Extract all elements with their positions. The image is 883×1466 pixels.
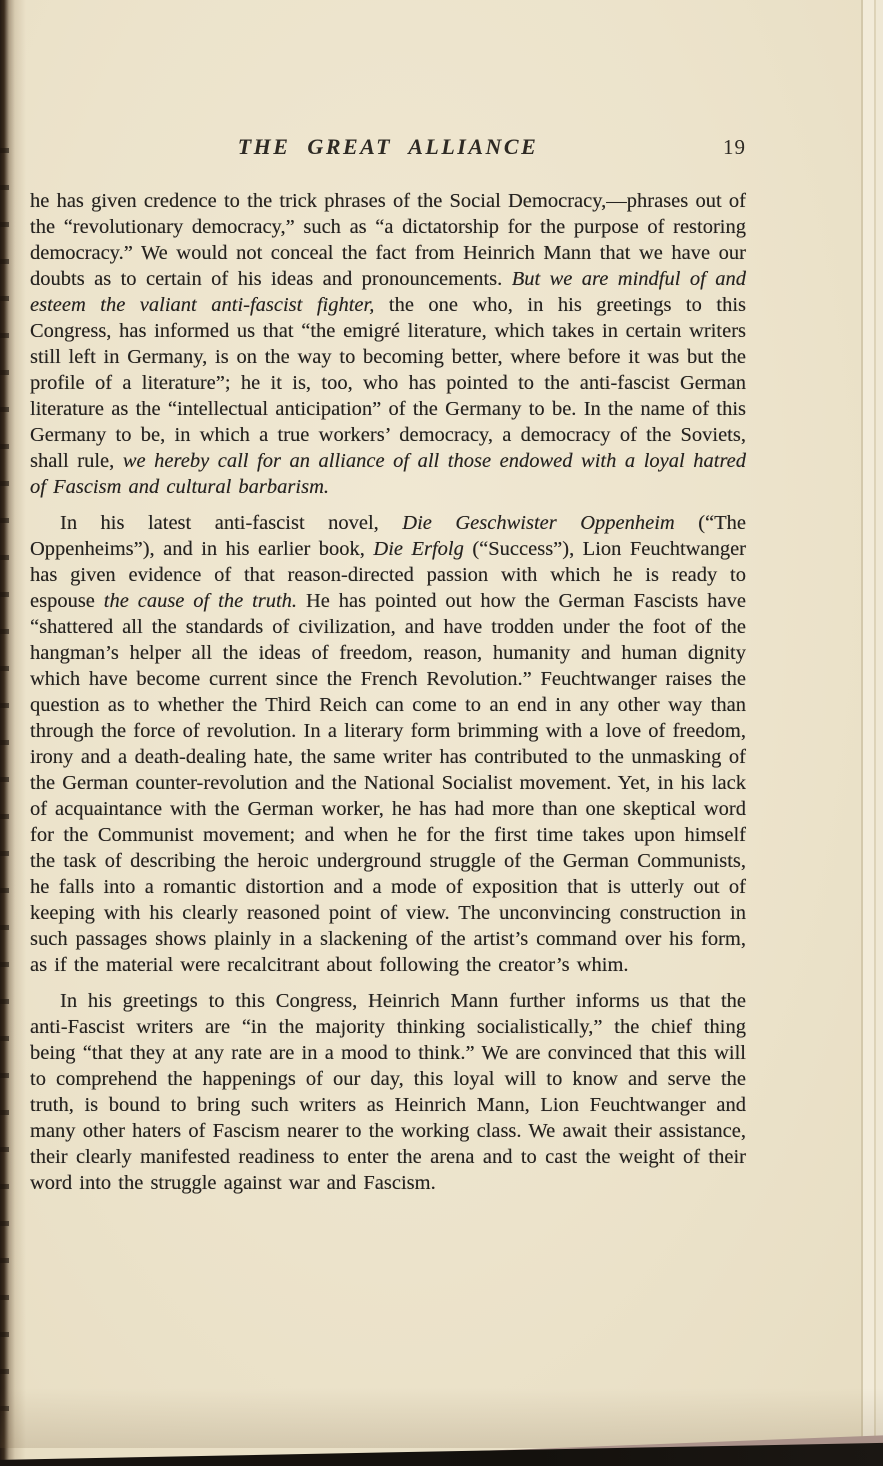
page-title: THE GREAT ALLIANCE bbox=[30, 134, 746, 160]
text-segment: In his latest anti-fascist novel, bbox=[60, 512, 402, 534]
page-number: 19 bbox=[723, 135, 746, 160]
body-paragraphs: he has given credence to the trick phras… bbox=[30, 188, 746, 1206]
running-head: THE GREAT ALLIANCE 19 bbox=[30, 134, 746, 168]
italic-text-segment: we hereby call for an alliance of all th… bbox=[30, 450, 746, 498]
paragraph: In his latest anti-fascist novel, Die Ge… bbox=[30, 510, 746, 978]
text-segment: the one who, in his greetings to this Co… bbox=[30, 294, 746, 472]
text-segment: He has pointed out how the German Fascis… bbox=[30, 590, 746, 976]
page-right-edge bbox=[861, 0, 883, 1448]
bottom-page-shadow bbox=[0, 1388, 883, 1448]
spine-stitch-marks bbox=[0, 148, 9, 1418]
paragraph: he has given credence to the trick phras… bbox=[30, 188, 746, 500]
italic-text-segment: Die Erfolg bbox=[373, 538, 463, 560]
paragraph: In his greetings to this Congress, Heinr… bbox=[30, 988, 746, 1196]
text-segment: In his greetings to this Congress, Heinr… bbox=[30, 990, 746, 1194]
italic-text-segment: the cause of the truth. bbox=[104, 590, 297, 612]
book-page-scan: THE GREAT ALLIANCE 19 he has given crede… bbox=[0, 0, 883, 1466]
italic-text-segment: Die Geschwister Oppenheim bbox=[402, 512, 674, 534]
